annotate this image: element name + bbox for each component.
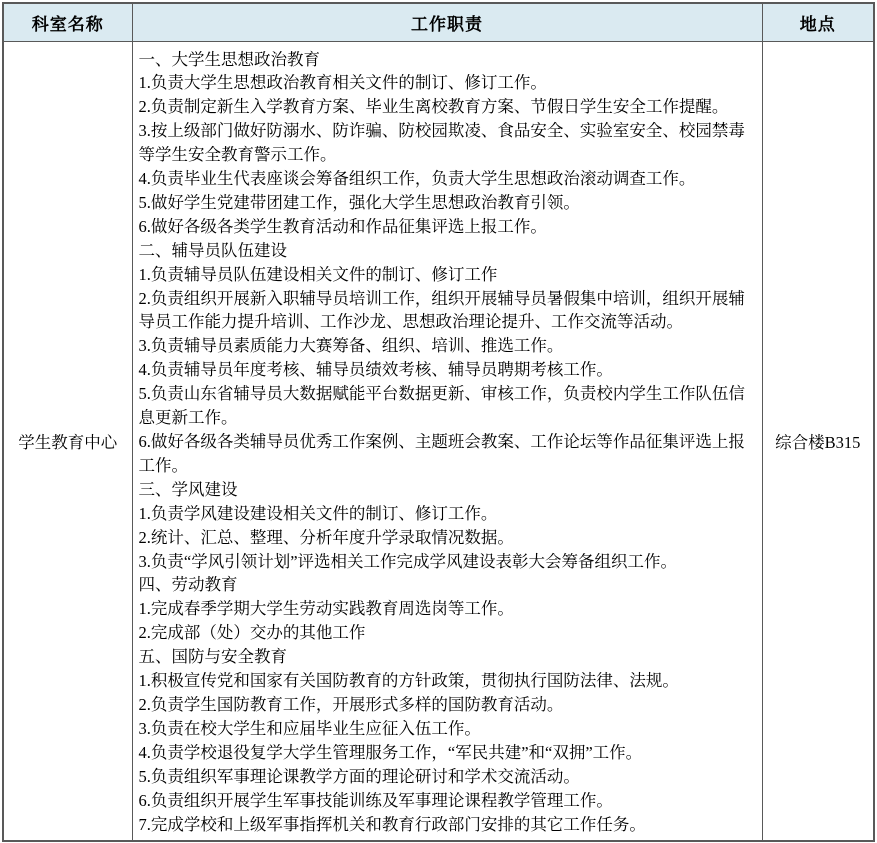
duty-item: 2.负责组织开展新入职辅导员培训工作，组织开展辅导员暑假集中培训，组织开展辅导员…	[139, 287, 754, 335]
duty-item: 2.负责制定新生入学教育方案、毕业生离校教育方案、节假日学生安全工作提醒。	[139, 95, 754, 119]
header-location: 地点	[762, 3, 874, 41]
duty-item: 3.负责在校大学生和应届毕业生应征入伍工作。	[139, 717, 754, 741]
duty-item: 4.负责毕业生代表座谈会筹备组织工作，负责大学生思想政治滚动调查工作。	[139, 167, 754, 191]
location-cell: 综合楼B315	[762, 41, 874, 841]
duty-item: 五、国防与安全教育	[139, 645, 754, 669]
duty-item: 4.负责辅导员年度考核、辅导员绩效考核、辅导员聘期考核工作。	[139, 358, 754, 382]
duty-item: 1.积极宣传党和国家有关国防教育的方针政策，贯彻执行国防法律、法规。	[139, 669, 754, 693]
duty-item: 1.负责学风建设建设相关文件的制订、修订工作。	[139, 502, 754, 526]
department-duties-table: 科室名称 工作职责 地点 学生教育中心 一、大学生思想政治教育1.负责大学生思想…	[2, 2, 875, 842]
duty-item: 5.负责组织军事理论课教学方面的理论研讨和学术交流活动。	[139, 765, 754, 789]
duties-cell: 一、大学生思想政治教育1.负责大学生思想政治教育相关文件的制订、修订工作。2.负…	[132, 41, 762, 841]
duty-item: 3.负责“学风引领计划”评选相关工作完成学风建设表彰大会筹备组织工作。	[139, 550, 754, 574]
duty-item: 三、学风建设	[139, 478, 754, 502]
duty-item: 7.完成学校和上级军事指挥机关和教育行政部门安排的其它工作任务。	[139, 813, 754, 837]
duty-item: 3.负责辅导员素质能力大赛筹备、组织、培训、推选工作。	[139, 334, 754, 358]
duty-item: 二、辅导员队伍建设	[139, 239, 754, 263]
header-work-duties: 工作职责	[132, 3, 762, 41]
duty-item: 5.负责山东省辅导员大数据赋能平台数据更新、审核工作，负责校内学生工作队伍信息更…	[139, 382, 754, 430]
duty-item: 4.负责学校退役复学大学生管理服务工作，“军民共建”和“双拥”工作。	[139, 741, 754, 765]
duty-item: 四、劳动教育	[139, 573, 754, 597]
table-row: 学生教育中心 一、大学生思想政治教育1.负责大学生思想政治教育相关文件的制订、修…	[3, 41, 874, 841]
duties-list: 一、大学生思想政治教育1.负责大学生思想政治教育相关文件的制订、修订工作。2.负…	[139, 48, 754, 837]
duty-item: 1.负责大学生思想政治教育相关文件的制订、修订工作。	[139, 71, 754, 95]
duty-item: 6.做好各级各类辅导员优秀工作案例、主题班会教案、工作论坛等作品征集评选上报工作…	[139, 430, 754, 478]
header-department-name: 科室名称	[3, 3, 132, 41]
header-row: 科室名称 工作职责 地点	[3, 3, 874, 41]
duty-item: 一、大学生思想政治教育	[139, 48, 754, 72]
duty-item: 2.统计、汇总、整理、分析年度升学录取情况数据。	[139, 526, 754, 550]
duty-item: 2.完成部（处）交办的其他工作	[139, 621, 754, 645]
duty-item: 3.按上级部门做好防溺水、防诈骗、防校园欺凌、食品安全、实验室安全、校园禁毒等学…	[139, 119, 754, 167]
department-name-cell: 学生教育中心	[3, 41, 132, 841]
duty-item: 1.负责辅导员队伍建设相关文件的制订、修订工作	[139, 263, 754, 287]
page: 科室名称 工作职责 地点 学生教育中心 一、大学生思想政治教育1.负责大学生思想…	[0, 0, 877, 843]
duty-item: 6.负责组织开展学生军事技能训练及军事理论课程教学管理工作。	[139, 789, 754, 813]
duty-item: 6.做好各级各类学生教育活动和作品征集评选上报工作。	[139, 215, 754, 239]
duty-item: 2.负责学生国防教育工作，开展形式多样的国防教育活动。	[139, 693, 754, 717]
duty-item: 1.完成春季学期大学生劳动实践教育周选岗等工作。	[139, 597, 754, 621]
duty-item: 5.做好学生党建带团建工作，强化大学生思想政治教育引领。	[139, 191, 754, 215]
